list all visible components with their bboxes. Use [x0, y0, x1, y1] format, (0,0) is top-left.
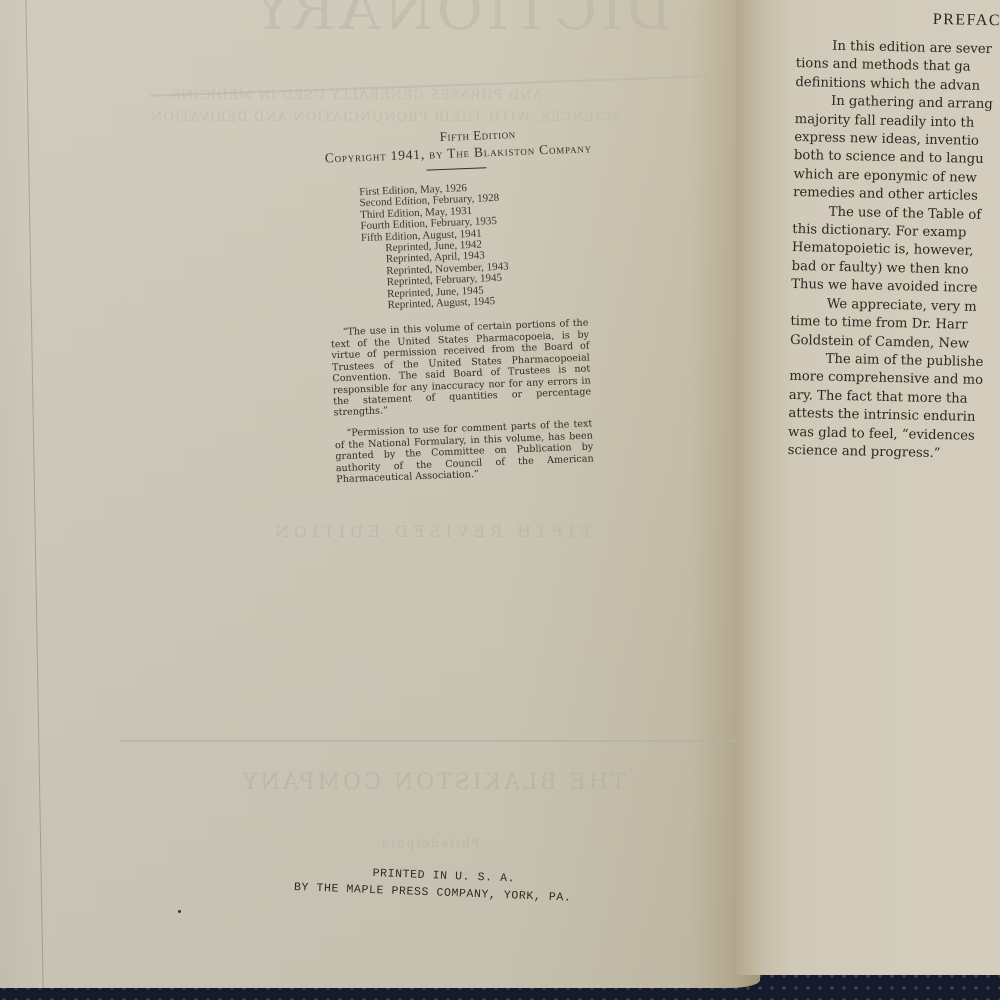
divider-rule [426, 167, 486, 170]
show-through-title: DICTIONARY [250, 0, 672, 43]
book-spread-photo: DICTIONARY AND PHRASES GENERALLY USED IN… [0, 0, 1000, 1000]
preface-section: PREFAC In this edition are sever tions a… [788, 8, 1000, 466]
preface-heading: PREFAC [933, 11, 1000, 32]
nf-permission-notice: “Permission to use for comment parts of … [334, 419, 594, 486]
left-page-copyright: DICTIONARY AND PHRASES GENERALLY USED IN… [0, 0, 760, 988]
show-through-subtitle-1: AND PHRASES GENERALLY USED IN MEDICINE [170, 88, 542, 103]
preface-body: In this edition are sever tions and meth… [788, 37, 1000, 466]
show-through-publisher: THE BLAKISTON COMPANY [240, 770, 626, 795]
printer-imprint: PRINTED IN U. S. A. BY THE MAPLE PRESS C… [294, 862, 615, 908]
usp-permission-notice: “The use in this volume of certain porti… [330, 318, 591, 419]
show-through-subtitle-2: SCIENCES, WITH THEIR PRONUNCIATION AND D… [150, 110, 621, 125]
show-through-edition: FIFTH REVISED EDITION [270, 522, 590, 541]
copyright-block: Fifth Edition Copyright 1941, by The Bla… [285, 122, 644, 497]
edition-history: First Edition, May, 1926 Second Edition,… [359, 177, 637, 313]
show-through-rule-2 [120, 740, 740, 742]
show-through-city: Philadelphia [380, 836, 480, 850]
paper-speck [178, 910, 181, 913]
